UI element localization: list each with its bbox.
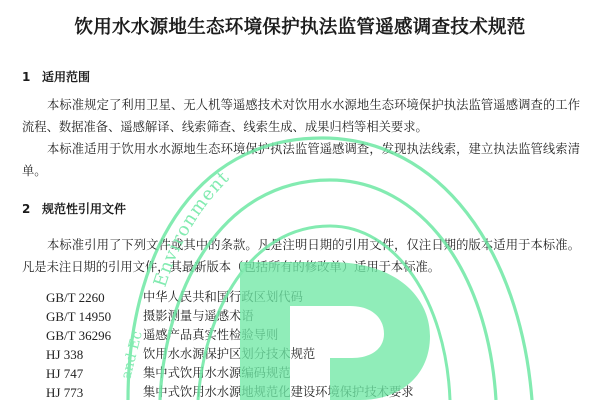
reference-item: HJ 773 集中式饮用水水源地规范化建设环境保护技术要求 — [46, 383, 414, 400]
reference-title: 饮用水水源保护区划分技术规范 — [143, 345, 315, 364]
reference-title: 中华人民共和国行政区划代码 — [143, 288, 303, 307]
section-title: 适用范围 — [42, 70, 90, 84]
reference-item: GB/T 36296 遥感产品真实性检验导则 — [46, 326, 414, 345]
document-title: 饮用水水源地生态环境保护执法监管遥感调查技术规范 — [0, 13, 600, 39]
section-heading-normative-references: 2规范性引用文件 — [22, 200, 126, 217]
references-intro-paragraph: 本标准引用了下列文件或其中的条款。凡是注明日期的引用文件，仅注日期的版本适用于本… — [22, 234, 580, 278]
reference-item: GB/T 14950 摄影测量与遥感术语 — [46, 307, 414, 326]
reference-title: 摄影测量与遥感术语 — [143, 307, 254, 326]
reference-code: GB/T 14950 — [46, 307, 143, 326]
section-heading-scope: 1适用范围 — [22, 68, 90, 85]
section-title: 规范性引用文件 — [42, 202, 126, 216]
reference-title: 集中式饮用水水源地规范化建设环境保护技术要求 — [143, 383, 414, 400]
reference-code: HJ 773 — [46, 383, 143, 400]
reference-code: GB/T 2260 — [46, 288, 143, 307]
scope-paragraph-1: 本标准规定了利用卫星、无人机等遥感技术对饮用水水源地生态环境保护执法监管遥感调查… — [22, 94, 580, 138]
section-number: 1 — [22, 70, 42, 84]
reference-item: HJ 338 饮用水水源保护区划分技术规范 — [46, 345, 414, 364]
reference-code: HJ 338 — [46, 345, 143, 364]
reference-title: 遥感产品真实性检验导则 — [143, 326, 278, 345]
document-page: 饮用水水源地生态环境保护执法监管遥感调查技术规范 1适用范围 本标准规定了利用卫… — [0, 0, 600, 400]
reference-code: GB/T 36296 — [46, 326, 143, 345]
scope-paragraph-2: 本标准适用于饮用水水源地生态环境保护执法监管遥感调查，发现执法线索，建立执法监管… — [22, 138, 580, 182]
reference-code: HJ 747 — [46, 364, 143, 383]
reference-list: GB/T 2260 中华人民共和国行政区划代码 GB/T 14950 摄影测量与… — [46, 288, 414, 400]
reference-item: HJ 747 集中式饮用水水源编码规范 — [46, 364, 414, 383]
reference-item: GB/T 2260 中华人民共和国行政区划代码 — [46, 288, 414, 307]
reference-title: 集中式饮用水水源编码规范 — [143, 364, 291, 383]
section-number: 2 — [22, 202, 42, 216]
